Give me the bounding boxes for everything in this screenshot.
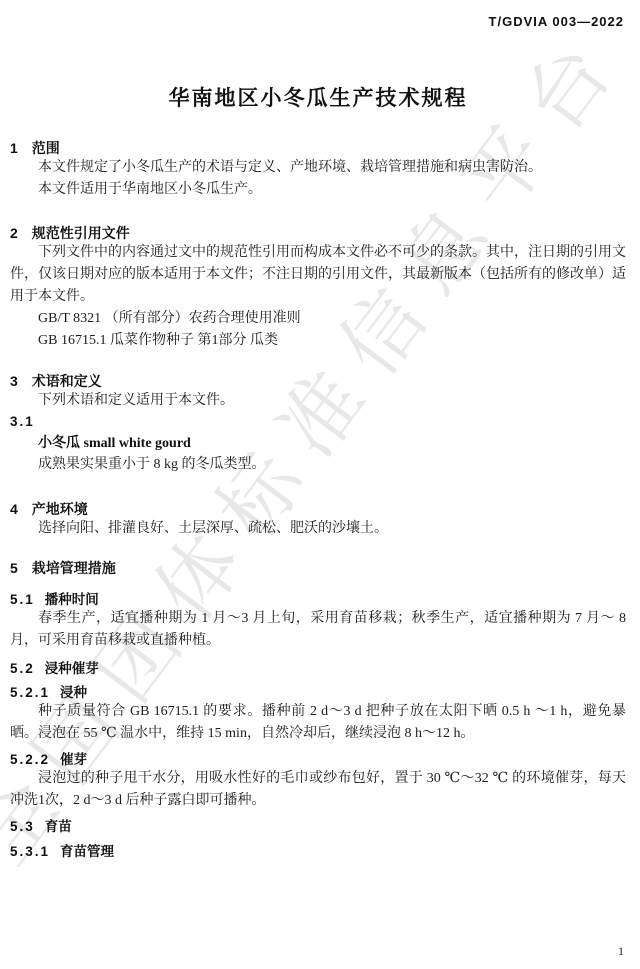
term-definition: 成熟果实果重小于 8 kg 的冬瓜类型。 xyxy=(10,454,626,476)
section-title: 播种时间 xyxy=(45,592,99,607)
section-number: 5.2 xyxy=(10,661,35,676)
paragraph: 种子质量符合 GB 16715.1 的要求。播种前 2 d～3 d 把种子放在太… xyxy=(10,701,626,745)
section-5-2-1-heading: 5.2.1浸种 xyxy=(10,684,626,701)
section-title: 产地环境 xyxy=(32,501,88,517)
paragraph: 下列术语和定义适用于本文件。 xyxy=(10,390,626,412)
section-number: 2 xyxy=(10,225,20,241)
section-number: 5.3 xyxy=(10,819,35,834)
section-5-2-heading: 5.2浸种催芽 xyxy=(10,660,626,677)
section-5-3-heading: 5.3育苗 xyxy=(10,818,626,835)
section-5-heading: 5栽培管理措施 xyxy=(10,559,626,577)
section-title: 浸种 xyxy=(60,685,87,700)
paragraph: 本文件规定了小冬瓜生产的术语与定义、产地环境、栽培管理措施和病虫害防治。 xyxy=(10,157,626,179)
section-title: 育苗管理 xyxy=(60,844,114,859)
section-4-heading: 4产地环境 xyxy=(10,500,626,518)
paragraph: 春季生产，适宜播种期为 1 月～3 月上旬，采用育苗移栽；秋季生产，适宜播种期为… xyxy=(10,608,626,652)
term-number: 3.1 xyxy=(10,414,626,430)
paragraph: 下列文件中的内容通过文中的规范性引用而构成本文件必不可少的条款。其中，注日期的引… xyxy=(10,242,626,308)
normative-reference: GB 16715.1 瓜菜作物种子 第1部分 瓜类 xyxy=(10,330,626,352)
section-number: 5 xyxy=(10,560,20,576)
section-number: 5.1 xyxy=(10,592,35,607)
term-name: 小冬瓜 small white gourd xyxy=(10,434,626,454)
page-number: 1 xyxy=(618,944,624,959)
section-title: 栽培管理措施 xyxy=(32,560,116,576)
standard-code: T/GDVIA 003—2022 xyxy=(489,14,624,29)
paragraph: 浸泡过的种子甩干水分，用吸水性好的毛巾或纱布包好，置于 30 ℃～32 ℃ 的环… xyxy=(10,768,626,812)
section-number: 3 xyxy=(10,373,20,389)
paragraph: 选择向阳、排灌良好、土层深厚、疏松、肥沃的沙壤土。 xyxy=(10,518,626,540)
section-3-heading: 3术语和定义 xyxy=(10,372,626,390)
section-2-heading: 2规范性引用文件 xyxy=(10,224,626,242)
section-5-3-1-heading: 5.3.1育苗管理 xyxy=(10,843,626,860)
section-number: 5.2.2 xyxy=(10,752,50,767)
section-number: 5.2.1 xyxy=(10,685,50,700)
document-body: 华南地区小冬瓜生产技术规程 1范围 本文件规定了小冬瓜生产的术语与定义、产地环境… xyxy=(10,0,626,860)
section-5-2-2-heading: 5.2.2催芽 xyxy=(10,751,626,768)
section-title: 术语和定义 xyxy=(32,373,102,389)
section-title: 范围 xyxy=(32,140,60,156)
section-number: 4 xyxy=(10,501,20,517)
section-title: 浸种催芽 xyxy=(45,661,99,676)
section-5-1-heading: 5.1播种时间 xyxy=(10,591,626,608)
document-page: 全国团体标准信息平台 T/GDVIA 003—2022 华南地区小冬瓜生产技术规… xyxy=(0,0,640,969)
normative-reference: GB/T 8321 （所有部分）农药合理使用准则 xyxy=(10,308,626,330)
document-title: 华南地区小冬瓜生产技术规程 xyxy=(10,86,626,112)
section-number: 1 xyxy=(10,140,20,156)
section-title: 规范性引用文件 xyxy=(32,225,130,241)
section-number: 5.3.1 xyxy=(10,844,50,859)
section-title: 育苗 xyxy=(45,819,72,834)
section-1-heading: 1范围 xyxy=(10,139,626,157)
section-title: 催芽 xyxy=(60,752,87,767)
paragraph: 本文件适用于华南地区小冬瓜生产。 xyxy=(10,179,626,201)
